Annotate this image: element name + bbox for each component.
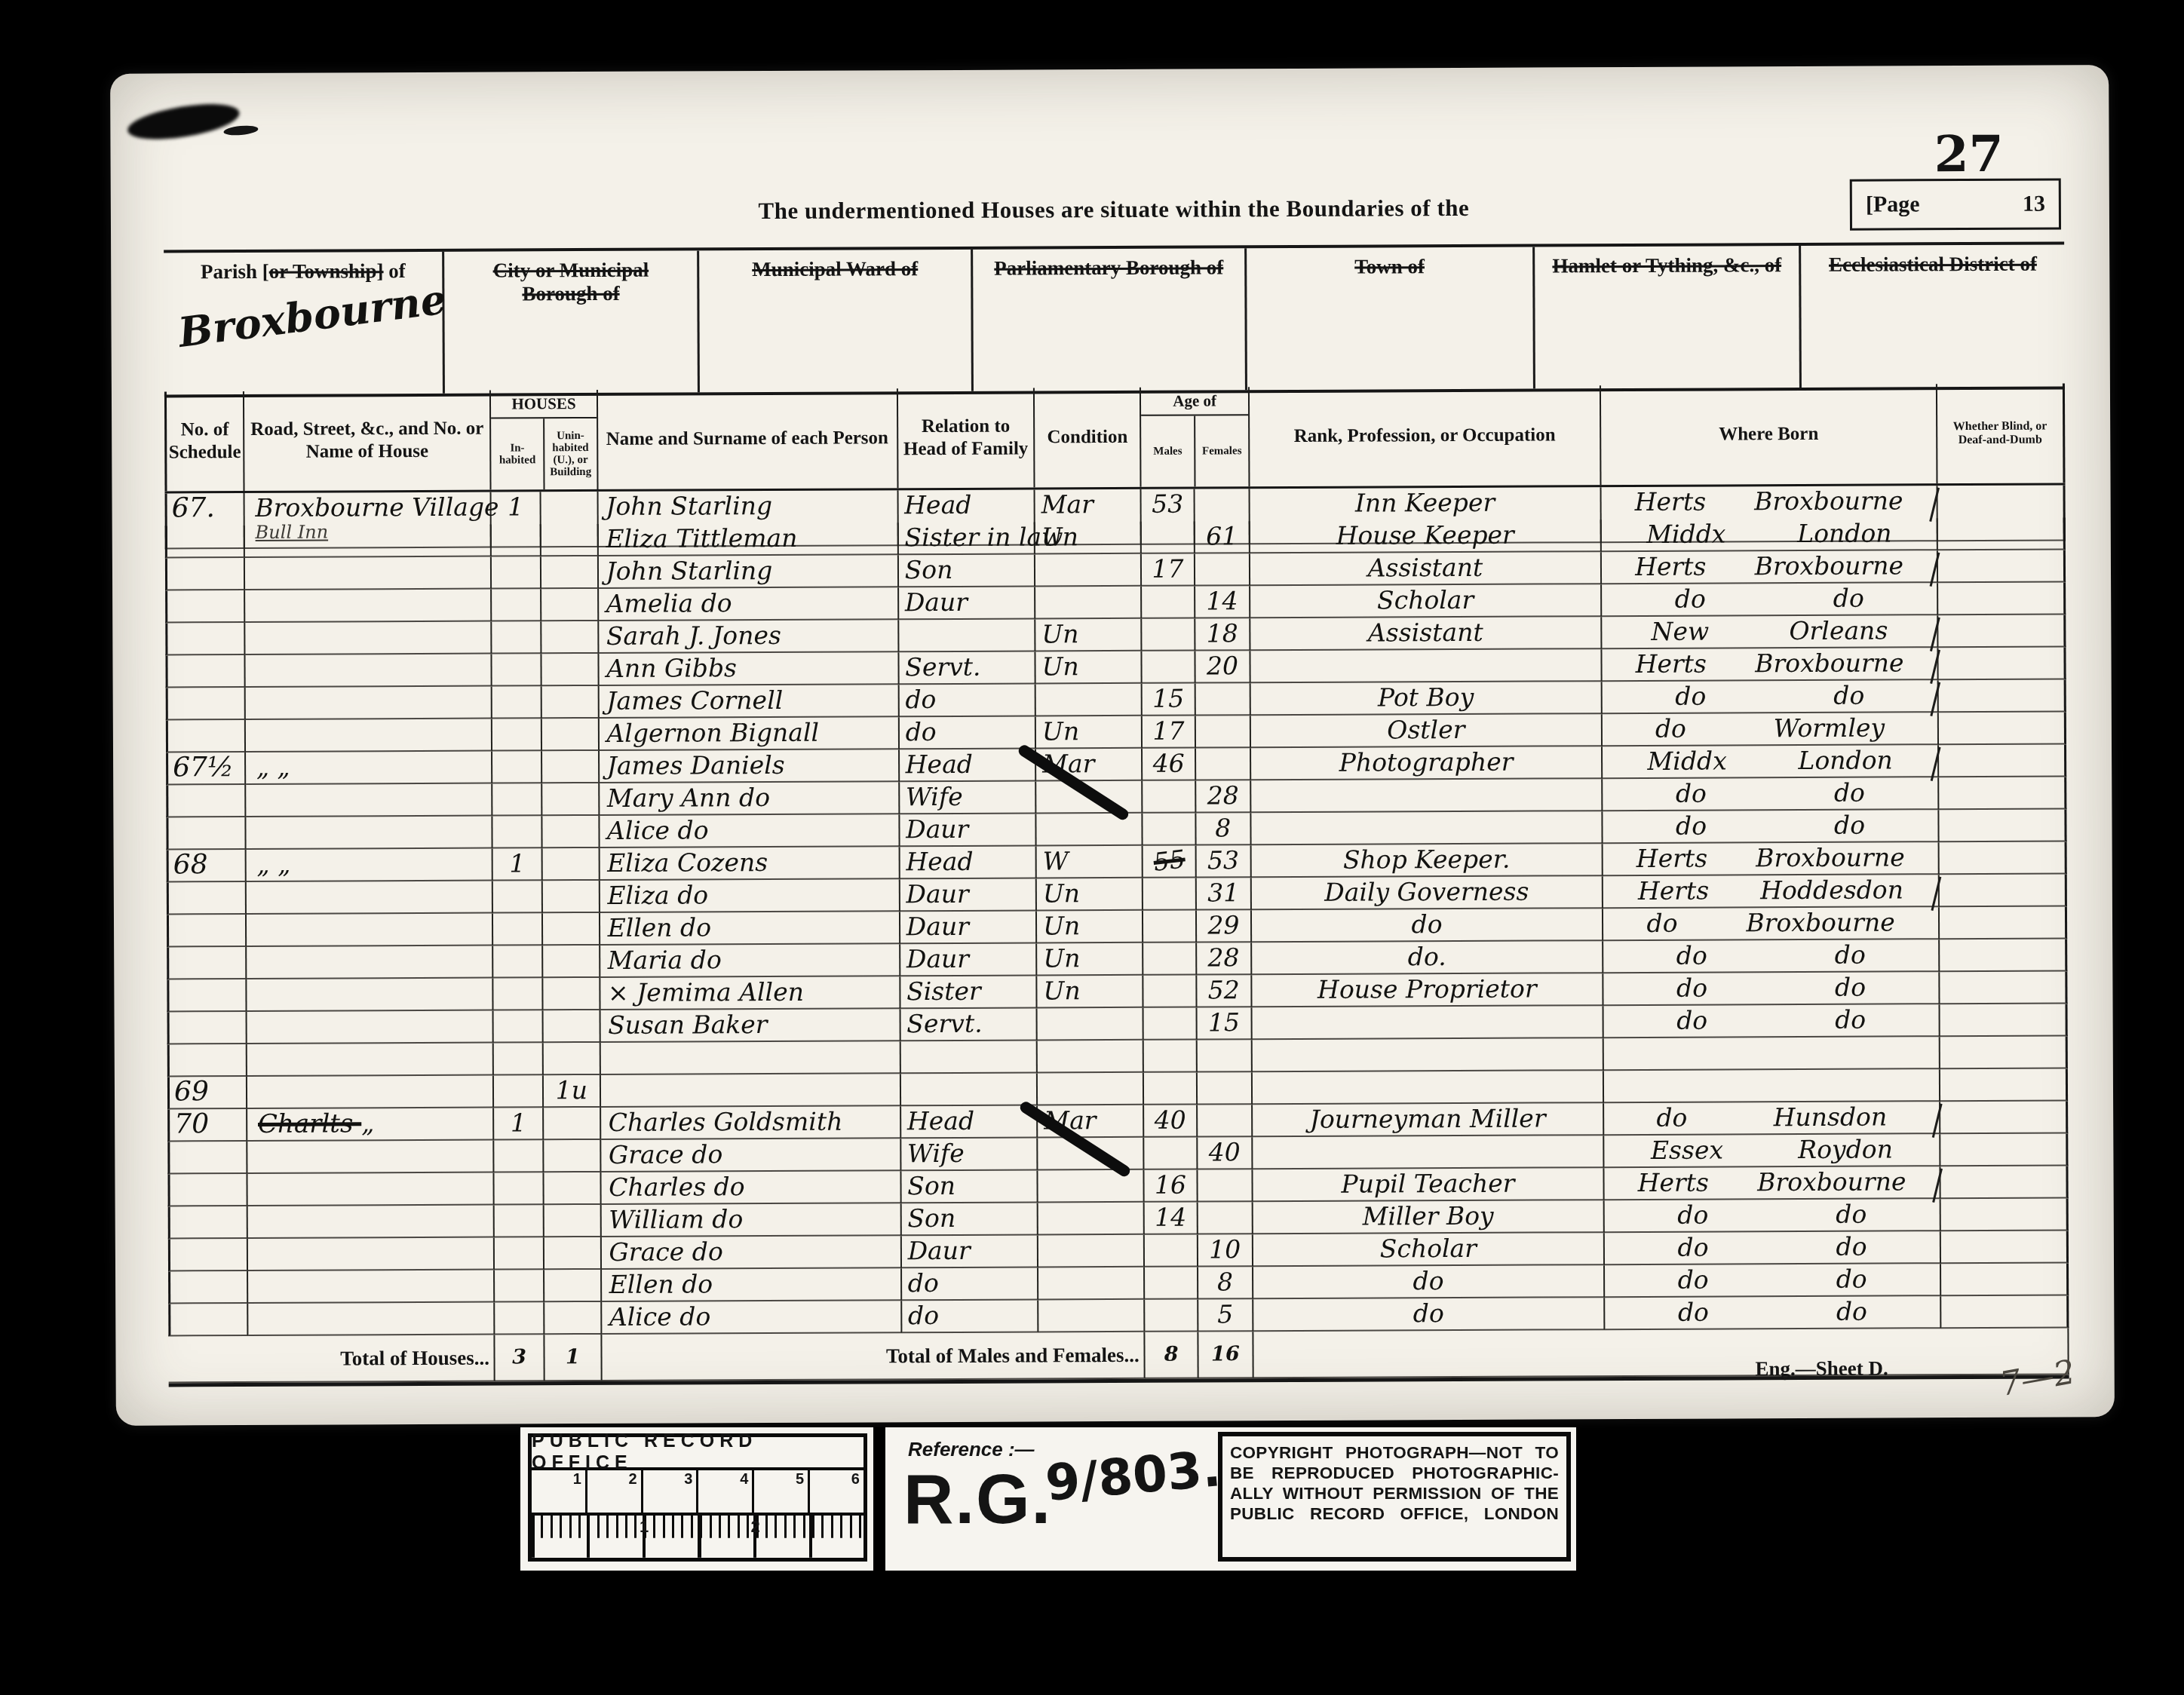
cell-born: dodo [1605,1231,1941,1265]
cell-age-female [1196,716,1251,748]
cell-inhabited [494,1075,544,1108]
cell-blind [1939,712,2066,745]
cell-inhabited [495,1205,544,1237]
cell-relation: Daur [900,911,1038,944]
cell-age-female: 14 [1195,586,1250,618]
cell-age-male: 17 [1142,554,1195,587]
cell-road [247,1173,495,1206]
cell-blind [1940,971,2067,1004]
cell-name: William do [601,1203,901,1237]
cell-occupation [1250,649,1602,683]
ruler-inch-2: 2 [750,1517,759,1537]
cell-schedule [166,785,246,817]
cell-age-male: 16 [1145,1170,1198,1203]
cell-blind [1940,906,2067,939]
reference-number: 9/803. [1043,1439,1223,1513]
cell-blind [1940,874,2067,907]
cell-occupation: Pot Boy [1251,682,1603,716]
cell-inhabited [492,686,542,719]
col-name: Name and Surname of each Person [597,388,898,489]
cell-schedule: 67½ [166,752,246,785]
header-field: Parliamentary Borough of [973,248,1247,391]
cell-occupation [1252,1006,1603,1040]
cell-condition: Un [1035,619,1142,652]
header-field-value: Broxbourne [176,274,449,357]
col-inhabited: In-habited [492,418,545,489]
cell-age-male [1144,976,1198,1008]
cell-age-female [1198,1105,1253,1137]
cell-name: × Jemima Allen [600,976,900,1010]
ruler-scale-cell: 2 [587,1470,643,1513]
cell-occupation [1251,811,1603,845]
cell-blind [1939,777,2066,810]
cell-road [245,622,492,655]
cell-inhabited: 1 [493,848,543,881]
cell-age-male: 15 [1143,684,1196,716]
ruler-scale-cell: 6 [810,1470,863,1513]
cell-born: dodo [1603,939,1940,973]
cell-occupation: Assistant [1250,552,1602,586]
cell-name: Ann Gibbs [599,652,899,686]
cell-uninhabited [541,524,599,556]
header-field: Town of [1247,247,1535,391]
cell-relation: Servt. [899,651,1036,685]
cell-blind [1939,647,2066,680]
cell-schedule [165,623,245,655]
cell-inhabited [495,1302,545,1335]
cell-road [247,1141,495,1174]
cell-occupation: do [1253,1298,1605,1332]
cell-inhabited [494,946,544,978]
cell-name: James Cornell [599,685,899,719]
header-field: Hamlet or Tything, &c., of [1535,246,1802,389]
cell-relation [901,1073,1038,1106]
reference-prefix: R.G. [903,1461,1052,1540]
cell-born: MiddxLondon [1603,745,1939,779]
cell-born: HertsBroxbourne [1603,842,1940,876]
cell-age-female: 28 [1197,943,1252,975]
cell-relation: Wife [900,781,1037,814]
ruler-scale-cell: 5 [754,1470,810,1513]
cell-schedule [166,817,246,850]
cell-occupation: Shop Keeper. [1251,844,1603,878]
cell-name: Maria do [600,944,900,978]
photo-background: { "colors":{"paper":"#f4f1e9","ink":"#14… [0,0,2184,1695]
cell-name: Alice do [602,1301,902,1335]
ruler-scale: 123456 [532,1470,863,1516]
cell-condition [1038,1300,1145,1333]
totals-houses-inhabited: 3 [495,1335,545,1381]
page-box-number: 13 [2023,192,2045,217]
cell-age-female: 5 [1198,1299,1253,1332]
cell-road: „ „ [246,752,493,785]
cell-inhabited [492,654,542,686]
cell-name [600,1041,900,1075]
page-box: [Page 13 [1850,179,2061,231]
cell-road [247,914,494,947]
cell-uninhabited [543,913,600,946]
cell-born: NewOrleans [1602,615,1938,649]
col-males: Males [1141,416,1195,487]
cell-schedule [165,590,245,623]
cell-condition [1035,554,1142,587]
cell-blind [1938,517,2066,550]
cell-born: HertsBroxbourne [1604,1166,1940,1200]
age-struck: 55 [1152,844,1186,878]
cell-condition: Mar [1036,749,1143,782]
cell-inhabited [495,1140,544,1172]
cell-uninhabited [541,654,599,686]
cell-age-female: 8 [1198,1267,1253,1299]
cell-relation: Daur [900,943,1038,976]
cell-road [245,590,492,623]
cell-born: dodo [1605,1296,1941,1330]
cell-schedule [165,526,245,558]
cell-name: Sarah J. Jones [599,620,899,654]
cell-road [247,1011,494,1044]
cell-condition [1037,814,1143,847]
cell-age-male [1145,1138,1198,1170]
pro-stamp: PUBLIC RECORD OFFICE 123456 1 2 [528,1433,867,1562]
cell-name [600,1074,900,1108]
cell-name: Grace do [601,1139,901,1172]
cell-uninhabited [544,1043,601,1075]
copyright-line: COPYRIGHT PHOTOGRAPH—NOT TO [1230,1442,1559,1463]
copyright-line: PUBLIC RECORD OFFICE, LONDON [1230,1503,1559,1524]
cell-occupation: Miller Boy [1253,1200,1605,1234]
reference-stamp: Reference :— R.G. 9/803. [897,1427,1214,1571]
cell-uninhabited [542,816,600,848]
cell-name: Eliza Tittleman [598,523,898,556]
cell-inhabited [495,1237,544,1270]
cell-name: James Daniels [600,749,900,783]
cell-schedule [165,655,245,688]
cell-name: Grace do [601,1236,901,1270]
page-box-label: [Page [1866,192,1920,217]
cell-condition: Un [1037,878,1143,912]
road-struck-text: Charlts [258,1108,361,1139]
cell-age-male [1143,878,1197,911]
cell-age-female: 28 [1196,780,1251,813]
cell-schedule [168,1206,248,1239]
cell-blind [1940,939,2067,972]
cell-age-female [1196,748,1251,780]
reference-label: Reference :— [908,1438,1035,1461]
cell-name: Charles do [601,1171,901,1205]
cell-occupation: Daily Governess [1252,876,1603,910]
cell-born: dodo [1602,583,1938,617]
cell-relation: Head [900,846,1037,879]
cell-uninhabited [542,719,600,751]
col-schedule: No. ofSchedule [164,391,244,491]
cell-schedule [167,1012,247,1044]
cell-age-male [1143,619,1196,651]
cell-occupation: Scholar [1253,1233,1605,1267]
cell-relation: Son [901,1203,1038,1236]
cell-condition: W [1037,846,1143,879]
cell-road [248,1238,495,1271]
col-females: Females [1195,415,1248,486]
col-uninhabited: Unin-habited (U.), or Building [544,418,597,489]
cell-condition: Un [1037,943,1143,976]
cell-blind [1941,1295,2069,1329]
cell-schedule [168,1239,248,1271]
cell-age-male [1143,814,1197,846]
cell-road [246,784,493,817]
cell-name: Ellen do [602,1268,902,1302]
cell-born: dodo [1603,680,1939,714]
header-field: Parish [or Township] ofBroxbourne [164,252,445,395]
cell-age-female [1198,1072,1253,1105]
cell-uninhabited: 1u [544,1075,601,1108]
cell-age-male [1144,1008,1198,1041]
cell-age-female: 18 [1195,618,1250,651]
header-field: City or Municipal Borough of [444,250,700,393]
cell-age-female [1198,1169,1253,1202]
cell-road [247,1044,495,1077]
cell-age-male [1144,1041,1198,1073]
cell-condition [1036,684,1143,717]
cell-relation: Daur [900,878,1037,912]
cell-name: Alice do [600,814,900,848]
cell-inhabited [494,1010,544,1043]
totals-houses-uninhabited: 1 [544,1335,602,1381]
census-table: No. ofSchedule Road, Street, &c., and No… [164,383,2069,1387]
cell-occupation: do [1253,1265,1605,1299]
col-houses-group: HOUSES In-habited Unin-habited (U.), or … [491,390,598,490]
ruler-inch-1: 1 [640,1517,649,1537]
cell-blind [1939,744,2066,777]
totals-houses-label: Total of Houses... [168,1335,495,1384]
ruler-scale-cell: 3 [643,1470,699,1513]
cell-inhabited [494,978,544,1010]
cell-age-male: 40 [1144,1105,1198,1138]
sheet-note: Eng.—Sheet D. [1755,1357,1888,1381]
cell-age-female: 10 [1198,1234,1253,1267]
cell-age-female: 20 [1195,651,1250,683]
cell-uninhabited [543,848,600,881]
cell-blind [1940,1036,2068,1069]
cell-relation: Head [900,749,1037,782]
cell-relation: Son [901,1170,1038,1203]
cell-age-male [1144,1073,1198,1105]
cell-uninhabited [543,881,600,913]
ruler-ticks: 1 2 [532,1516,863,1562]
cell-uninhabited [543,978,600,1010]
cell-road: Charlts „ [247,1108,495,1142]
cell-age-female: 29 [1197,910,1252,943]
cell-occupation [1253,1038,1604,1072]
cell-relation [899,619,1036,652]
cell-blind [1940,841,2067,875]
ink-blob [125,98,241,146]
cell-age-male [1145,1235,1198,1267]
totals-mf-label: Total of Males and Females... [602,1332,1146,1381]
cell-relation [900,1041,1038,1074]
cell-occupation: do. [1252,941,1603,975]
col-age: Age of [1141,387,1248,416]
cell-occupation: Scholar [1250,584,1602,618]
cell-road: „ „ [246,849,493,882]
cell-condition: Un [1036,651,1143,685]
cell-condition [1038,1267,1145,1301]
copyright-stamp: COPYRIGHT PHOTOGRAPH—NOT TOBE REPRODUCED… [1218,1432,1571,1562]
cell-road [245,654,492,688]
cell-schedule: 69 [167,1077,247,1109]
cell-uninhabited [541,621,599,654]
header-field: Municipal Ward of [699,250,974,393]
cell-inhabited [492,556,541,589]
copyright-line: ALLY WITHOUT PERMISSION OF THE [1230,1483,1559,1503]
cell-occupation: Assistant [1250,617,1602,651]
document-sheet: 27 The undermentioned Houses are situate… [110,65,2115,1426]
cell-blind [1941,1166,2069,1199]
cell-road [247,946,494,979]
cell-born: doBroxbourne [1603,907,1940,941]
cell-born: doWormley [1603,713,1939,746]
ink-blob-small [223,124,259,136]
form-title: The undermentioned Houses are situate wi… [164,192,2064,227]
cell-relation: Sister in law [898,522,1035,555]
cell-inhabited [492,589,542,621]
cell-age-male [1142,522,1195,554]
cell-uninhabited [541,556,599,589]
cell-road [247,1076,495,1109]
pro-stamp-title: PUBLIC RECORD OFFICE [532,1437,863,1470]
cell-occupation [1253,1071,1604,1105]
header-field: Ecclesiastical District of [1802,244,2065,388]
cell-blind [1939,809,2066,842]
cell-name: Amelia do [599,587,899,621]
cell-occupation [1253,1136,1604,1169]
col-born: Where Born [1601,384,1938,485]
cell-uninhabited [544,1205,602,1237]
cell-schedule [167,1142,247,1174]
cell-blind [1941,1198,2069,1231]
cell-born: HertsBroxbourne [1602,648,1938,682]
cell-uninhabited [542,783,600,816]
cell-uninhabited [544,1302,602,1335]
cell-uninhabited [544,1172,601,1205]
header-fields: Parish [or Township] ofBroxbourneCity or… [164,241,2065,397]
census-table-body: 67.Broxbourne VillageBull Inn1John Starl… [165,485,2069,1336]
cell-condition [1038,1235,1145,1268]
cell-blind [1940,1101,2068,1134]
cell-inhabited [495,1172,544,1205]
cell-blind [1940,1133,2068,1166]
cell-uninhabited [541,589,599,621]
cell-age-female [1195,553,1250,586]
cell-uninhabited [543,946,600,978]
cell-age-female [1195,683,1250,716]
cell-occupation: Ostler [1251,714,1603,748]
cell-uninhabited [543,1010,600,1043]
cell-schedule [168,1304,248,1336]
cell-schedule [166,720,246,752]
totals-males: 8 [1146,1332,1199,1379]
cell-born: HertsBroxbourne [1602,550,1938,584]
cell-condition: Un [1036,716,1143,749]
cell-age-male [1145,1300,1198,1332]
cell-inhabited [494,1043,544,1075]
cell-inhabited [492,524,541,556]
cell-schedule [167,979,247,1012]
cell-road [248,1270,495,1304]
cell-name: Susan Baker [600,1009,900,1043]
column-headers: No. ofSchedule Road, Street, &c., and No… [164,383,2066,493]
col-occupation: Rank, Profession, or Occupation [1250,385,1602,486]
cell-schedule [168,1271,248,1304]
cell-schedule [167,947,247,979]
cell-uninhabited [542,686,600,719]
cell-born [1604,1037,1940,1071]
cell-uninhabited [542,751,600,783]
cell-blind [1940,1068,2068,1102]
cell-age-female [1198,1202,1253,1234]
cell-name: Eliza do [600,879,900,913]
cell-occupation: Pupil Teacher [1253,1168,1604,1202]
cell-road [247,979,494,1012]
cell-condition [1038,1008,1144,1041]
col-condition: Condition [1035,388,1142,488]
cell-relation: Daur [900,814,1037,847]
cell-road [245,525,492,558]
totals-empty [1253,1328,2069,1378]
col-road: Road, Street, &c., and No. or Name of Ho… [244,391,492,491]
cell-born: EssexRoydon [1604,1134,1940,1168]
cell-occupation: House Proprietor [1252,973,1603,1007]
cell-relation: Son [899,554,1036,587]
cell-condition [1038,1203,1145,1236]
cell-name: Algernon Bignall [599,717,899,751]
cell-relation: Daur [902,1235,1039,1268]
cell-condition [1038,1170,1145,1203]
cell-relation: do [902,1300,1039,1333]
ruler-scale-cell: 1 [532,1470,587,1513]
cell-age-male: 17 [1143,716,1196,749]
cell-relation: do [899,684,1036,717]
cell-occupation: House Keeper [1250,520,1602,553]
cell-condition [1038,1073,1144,1106]
cell-name: Mary Ann do [600,782,900,816]
cell-occupation [1251,779,1603,813]
cell-blind [1938,550,2066,583]
cell-age-male [1143,911,1197,943]
cell-condition: Un [1035,522,1142,555]
cell-occupation: Journeyman Miller [1253,1103,1604,1137]
cell-schedule: 70 [167,1109,247,1142]
cell-name: Eliza Cozens [600,847,900,881]
cell-uninhabited [544,1108,601,1140]
cell-born: doHunsdon [1604,1102,1940,1136]
cell-inhabited [492,621,542,654]
cell-born: dodo [1604,1004,1940,1038]
col-blind: Whether Blind, or Deaf-and-Dumb [1937,383,2065,483]
cell-age-male [1143,943,1197,976]
cell-uninhabited [544,1270,602,1302]
cell-schedule [167,1044,247,1077]
cell-age-female: 40 [1198,1137,1253,1169]
cell-schedule: 68 [167,850,247,882]
cell-relation: do [902,1267,1039,1301]
cell-road [245,687,492,720]
cell-road [247,881,494,915]
cell-condition [1038,1041,1144,1074]
cell-relation: Sister [900,976,1038,1009]
cell-age-female: 52 [1197,975,1252,1007]
cell-age-female [1197,1040,1252,1072]
cell-relation: Servt. [900,1008,1038,1041]
